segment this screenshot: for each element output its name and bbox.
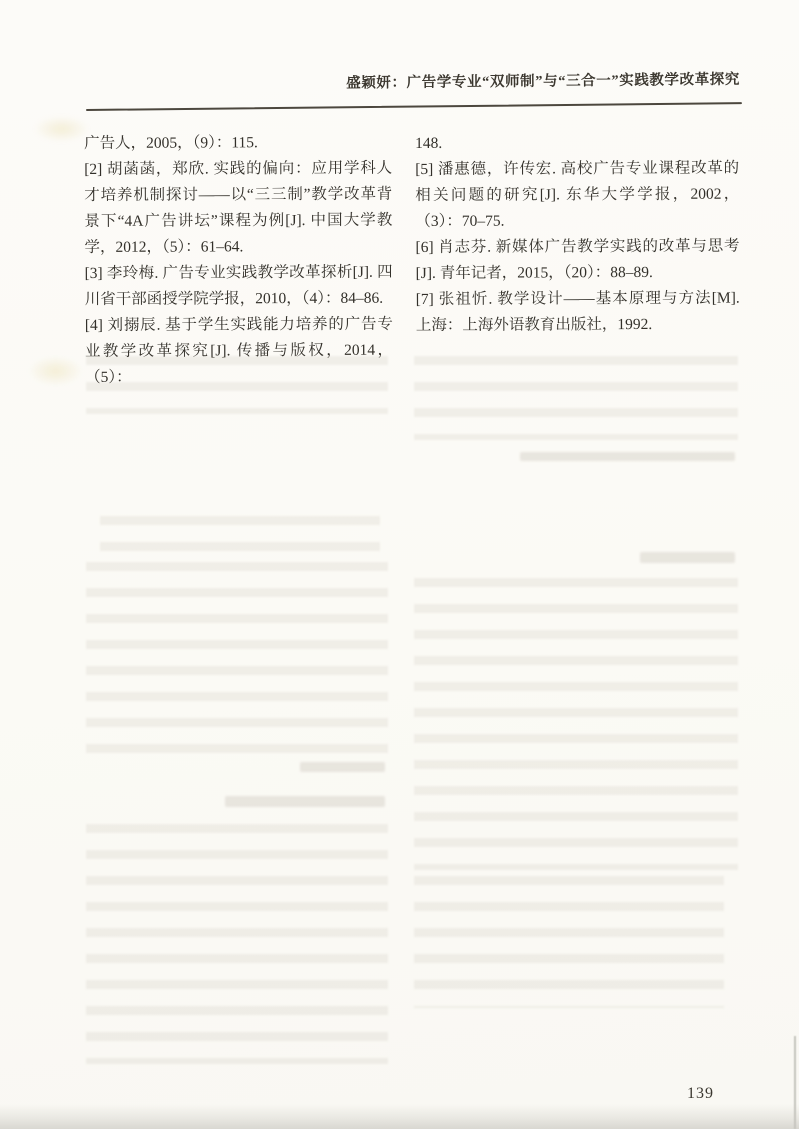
references-left-column: 广告人，2005，（9）：115. [2] 胡菡菡，郑欣. 实践的偏向：应用学科… bbox=[84, 130, 393, 391]
bleedthrough-text-block bbox=[86, 562, 388, 680]
bleedthrough-text-block bbox=[86, 356, 388, 414]
reference-3: [3] 李玲梅. 广告专业实践教学改革探析[J]. 四川省干部函授学院学报，20… bbox=[85, 260, 393, 313]
paper-smudge bbox=[28, 356, 83, 386]
reference-4-continuation: 148. bbox=[415, 130, 739, 157]
reference-5: [5] 潘惠德，许传宏. 高校广告专业课程改革的相关问题的研究[J]. 东华大学… bbox=[415, 156, 739, 235]
bleedthrough-text-block bbox=[100, 516, 380, 556]
running-header-title: 盛颖妍：广告学专业“双师制”与“三合一”实践教学改革探究 bbox=[84, 68, 740, 95]
bleedthrough-text-block bbox=[86, 692, 388, 770]
bleedthrough-text-block bbox=[414, 356, 738, 440]
paper-smudge bbox=[34, 116, 89, 142]
bleedthrough-text-block bbox=[414, 578, 738, 870]
scan-page-edge-line bbox=[794, 1036, 796, 1129]
bleedthrough-heading-mark bbox=[225, 796, 385, 807]
reference-1-continuation: 广告人，2005，（9）：115. bbox=[84, 130, 392, 157]
bleedthrough-text-block bbox=[414, 876, 724, 1008]
bleedthrough-text-block bbox=[86, 824, 388, 1064]
bleedthrough-heading-mark bbox=[300, 762, 385, 772]
references-right-column: 148. [5] 潘惠德，许传宏. 高校广告专业课程改革的相关问题的研究[J].… bbox=[415, 130, 740, 339]
reference-6: [6] 肖志芬. 新媒体广告教学实践的改革与思考[J]. 青年记者，2015，（… bbox=[415, 234, 739, 287]
bleedthrough-heading-mark bbox=[640, 552, 735, 563]
scanned-journal-page: 盛颖妍：广告学专业“双师制”与“三合一”实践教学改革探究 广告人，2005，（9… bbox=[0, 0, 799, 1129]
header-rule bbox=[86, 102, 742, 111]
page-number: 139 bbox=[687, 1085, 714, 1103]
reference-7: [7] 张祖忻. 教学设计——基本原理与方法[M]. 上海：上海外语教育出版社，… bbox=[416, 286, 740, 339]
reference-2: [2] 胡菡菡，郑欣. 实践的偏向：应用学科人才培养机制探讨——以“三三制”教学… bbox=[84, 156, 392, 261]
scan-bottom-shadow bbox=[0, 1104, 799, 1129]
bleedthrough-short-line bbox=[520, 452, 735, 461]
